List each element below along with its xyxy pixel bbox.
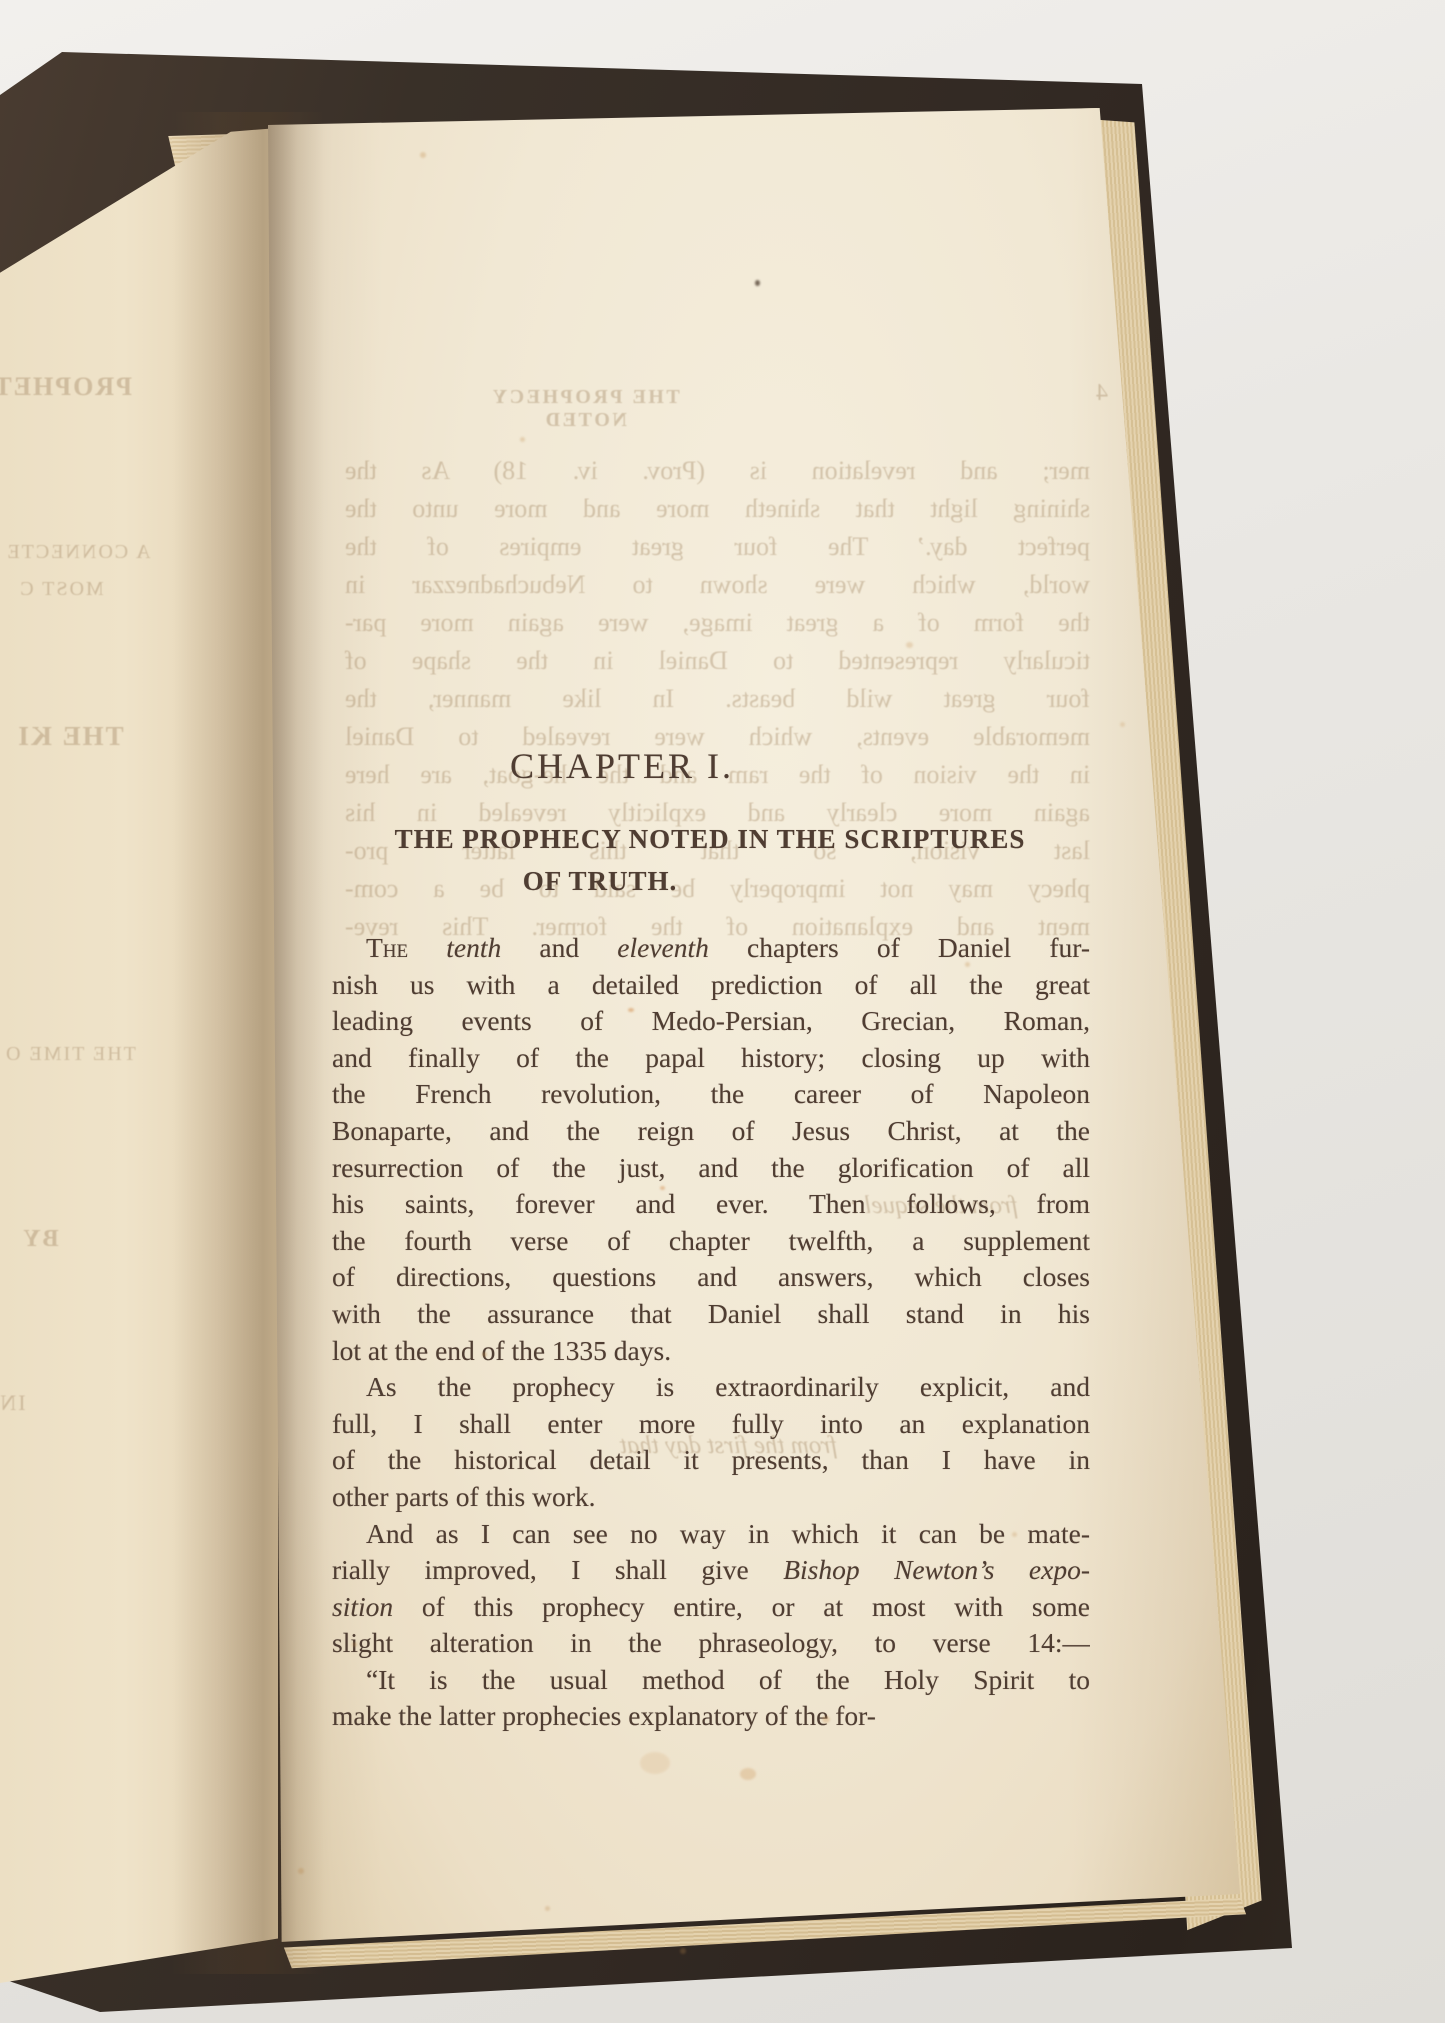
right-page: THE PROPHECY NOTED 4 mer; and revelation…	[268, 108, 1243, 1953]
text-line: the French revolution, the career of Nap…	[332, 1076, 1090, 1113]
text-line: other parts of this work.	[332, 1479, 1090, 1516]
text-line: resurrection of the just, and the glorif…	[332, 1150, 1090, 1187]
text-line: As the prophecy is extraordinarily expli…	[332, 1369, 1090, 1406]
text-line: The tenth and eleventh chapters of Danie…	[332, 930, 1090, 967]
left-page-bleed-text: BY	[14, 1226, 66, 1253]
foxing-spot	[520, 437, 525, 442]
text-line: full, I shall enter more fully into an e…	[332, 1406, 1090, 1443]
foxing-spot	[545, 1906, 550, 1911]
text-line: make the latter prophecies explanatory o…	[332, 1698, 1090, 1735]
left-page-bleed-text: IN	[0, 1390, 34, 1416]
text-line: with the assurance that Daniel shall sta…	[332, 1296, 1090, 1333]
text-line: and finally of the papal history; closin…	[332, 1040, 1090, 1077]
foxing-spot	[420, 152, 426, 158]
gutter-shadow	[172, 112, 324, 1974]
left-page-bleed-text: THE KI	[14, 721, 126, 752]
foxing-spot	[740, 1768, 756, 1780]
text-line: of the historical detail it presents, th…	[332, 1442, 1090, 1479]
text-line: “It is the usual method of the Holy Spir…	[332, 1662, 1090, 1699]
foxing-spot	[640, 1752, 670, 1774]
text-line: And as I can see no way in which it can …	[332, 1516, 1090, 1553]
chapter-heading: CHAPTER I.	[330, 745, 914, 787]
running-head-bleed: THE PROPHECY NOTED	[455, 386, 715, 432]
section-title-line2: OF TRUTH.	[320, 866, 880, 897]
ink-speck	[755, 280, 760, 286]
foxing-spot	[298, 1868, 304, 1874]
foxing-spot	[628, 1008, 634, 1012]
foxing-spot	[906, 642, 913, 648]
left-page-bleed-text: THE TIME O	[0, 1043, 146, 1066]
text-line: rially improved, I shall give Bishop New…	[332, 1552, 1090, 1589]
left-page-bleed-text: MOST C	[10, 578, 112, 601]
foxing-spot	[1120, 722, 1125, 727]
section-title-line1: THE PROPHECY NOTED IN THE SCRIPTURES	[340, 824, 1080, 855]
text-line: slight alteration in the phraseology, to…	[332, 1625, 1090, 1662]
text-line: sition of this prophecy entire, or at mo…	[332, 1589, 1090, 1626]
left-page-bleed-text: A CONNECTE	[0, 541, 162, 564]
foxing-spot	[660, 1186, 665, 1190]
foxing-spot	[822, 1716, 830, 1723]
body-text: The tenth and eleventh chapters of Danie…	[332, 930, 1090, 1735]
text-line: nish us with a detailed prediction of al…	[332, 967, 1090, 1004]
text-line: leading events of Medo-Persian, Grecian,…	[332, 1003, 1090, 1040]
text-line: lot at the end of the 1335 days.	[332, 1333, 1090, 1370]
text-line: the fourth verse of chapter twelfth, a s…	[332, 1223, 1090, 1260]
text-line: of directions, questions and answers, wh…	[332, 1259, 1090, 1296]
foxing-spot	[965, 962, 970, 967]
foxing-spot	[1012, 1532, 1017, 1537]
book-photo: PROPHET A CONNECTE MOST C THE KI THE TIM…	[0, 0, 1445, 2023]
foxing-spot	[482, 1352, 487, 1357]
text-line: Bonaparte, and the reign of Jesus Christ…	[332, 1113, 1090, 1150]
page-number-bleed: 4	[1068, 380, 1108, 407]
foxing-spot	[352, 1642, 357, 1647]
left-page-bleed-text: PROPHET	[20, 372, 132, 402]
foxing-spot	[680, 1948, 686, 1954]
text-line: his saints, forever and ever. Then follo…	[332, 1186, 1090, 1223]
